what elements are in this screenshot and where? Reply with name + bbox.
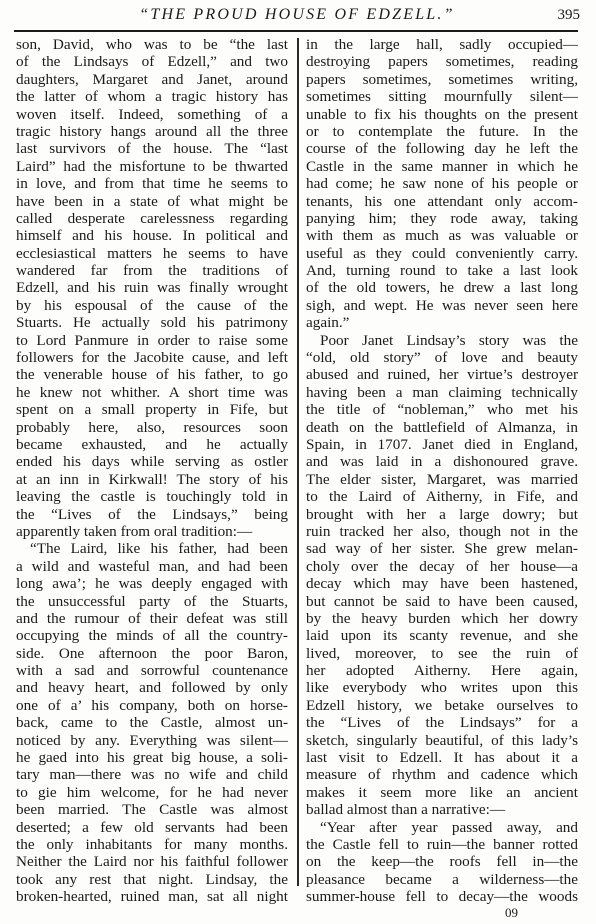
text-line: And, turning round to take a last look xyxy=(306,262,578,279)
text-line: pleasance became a wilderness—the xyxy=(306,871,578,888)
text-line: sketch, singularly beautiful, of this la… xyxy=(306,732,578,749)
text-line: last survivors of the house. The “last xyxy=(16,140,288,157)
text-line: himself and his house. In political and xyxy=(16,227,288,244)
text-line: choly over the decay of her house—a xyxy=(306,558,578,575)
text-line: brought with her a large dowry; but xyxy=(306,506,578,523)
text-line: to gie him welcome, for he had never xyxy=(16,784,288,801)
text-line: ended his days while serving as ostler xyxy=(16,453,288,470)
text-line: like everybody who writes upon this xyxy=(306,679,578,696)
text-line: broken-hearted, ruined man, sat all nigh… xyxy=(16,888,288,905)
text-line: in the large hall, sadly occupied— xyxy=(306,36,578,53)
header-rule xyxy=(14,30,578,32)
text-line: ecclesiastical matters he seems to have xyxy=(16,245,288,262)
text-line: sigh, and wept. He was never seen here xyxy=(306,297,578,314)
text-line: sometimes sitting mournfully silent— xyxy=(306,88,578,105)
signature-mark: 09 xyxy=(505,905,518,921)
text-line: abused and ruined, her virtue’s destroye… xyxy=(306,366,578,383)
text-line: death on the battlefield of Almanza, in xyxy=(306,419,578,436)
text-line: woven itself. Indeed, something of a xyxy=(16,106,288,123)
text-line: decay which may have been hastened, xyxy=(306,575,578,592)
text-line: wandered far from the traditions of xyxy=(16,262,288,279)
text-line: Edzell, and his ruin was finally wrought xyxy=(16,279,288,296)
text-line: the Castle fell to ruin—the banner rotte… xyxy=(306,836,578,853)
text-line: having been a man claiming technically xyxy=(306,384,578,401)
text-line: ruin tracked her also, though not in the xyxy=(306,523,578,540)
text-line: The elder sister, Margaret, was married xyxy=(306,471,578,488)
book-page: “THE PROUD HOUSE OF EDZELL.” 395 son, Da… xyxy=(0,0,596,924)
text-line: of the Lindsays of Edzell,” and two xyxy=(16,53,288,70)
running-head: “THE PROUD HOUSE OF EDZELL.” 395 xyxy=(0,6,596,26)
text-line: side. One afternoon the poor Baron, xyxy=(16,645,288,662)
text-line: have been in a state of what might be xyxy=(16,193,288,210)
text-line: daughters, Margaret and Janet, around xyxy=(16,71,288,88)
text-line: Spain, in 1707. Janet died in England, xyxy=(306,436,578,453)
text-line: sad way of her sister. She grew melan- xyxy=(306,540,578,557)
text-line: the “Lives of the Lindsays,” being xyxy=(16,506,288,523)
text-line: with them as much as was valuable or xyxy=(306,227,578,244)
text-line: tragic history hangs around all the thre… xyxy=(16,123,288,140)
text-line: papers sometimes, sometimes writing, xyxy=(306,71,578,88)
text-line: he knew not whither. A short time was xyxy=(16,384,288,401)
text-line: measure of rhythm and cadence which xyxy=(306,766,578,783)
text-line: course of the following day he left the xyxy=(306,140,578,157)
text-line: long awa’; he was deeply engaged with xyxy=(16,575,288,592)
text-line: makes it seem more like an ancient xyxy=(306,784,578,801)
text-line: took any rest that night. Lindsay, the xyxy=(16,871,288,888)
text-line: useful as they could conveniently carry. xyxy=(306,245,578,262)
text-line: son, David, who was to be “the last xyxy=(16,36,288,53)
text-line: summer-house fell to decay—the woods xyxy=(306,888,578,905)
text-line: back, came to the Castle, almost un- xyxy=(16,714,288,731)
text-line: on the keep—the roofs fell in—the xyxy=(306,853,578,870)
text-line: spent on a small property in Fife, but xyxy=(16,401,288,418)
text-line: one of a’ his company, both on horse- xyxy=(16,697,288,714)
text-line: the “Lives of the Lindsays” for a xyxy=(306,714,578,731)
text-line: in love, and from that time he seems to xyxy=(16,175,288,192)
text-line: the title of “nobleman,” who met his xyxy=(306,401,578,418)
right-column: in the large hall, sadly occupied—destro… xyxy=(306,36,578,906)
text-line: became exhausted, and he actually xyxy=(16,436,288,453)
text-line: Stuarts. He actually sold his patrimony xyxy=(16,314,288,331)
text-line: Neither the Laird nor his faithful follo… xyxy=(16,853,288,870)
text-line: “The Laird, like his father, had been xyxy=(16,540,288,557)
text-line: called desperate carelessness regarding xyxy=(16,210,288,227)
text-line: destroying papers sometimes, reading xyxy=(306,53,578,70)
text-line: he gaed into his great big house, a soli… xyxy=(16,749,288,766)
column-divider xyxy=(297,38,299,886)
text-line: by the heavy burden which her dowry xyxy=(306,610,578,627)
text-line: laid upon its scanty revenue, and she xyxy=(306,627,578,644)
text-line: by his espousal of the cause of the xyxy=(16,297,288,314)
text-line: a wild and wasteful man, and had been xyxy=(16,558,288,575)
text-line: again.” xyxy=(306,314,578,331)
text-line: Laird” had the misfortune to be thwarted xyxy=(16,158,288,175)
text-line: “Year after year passed away, and xyxy=(306,819,578,836)
text-line: lived, moreover, to see the ruin of xyxy=(306,645,578,662)
text-line: last visit to Edzell. It has about it a xyxy=(306,749,578,766)
text-line: “old, old story” of love and beauty xyxy=(306,349,578,366)
text-line: the unsuccessful party of the Stuarts, xyxy=(16,593,288,610)
text-line: deserted; a few old servants had been xyxy=(16,819,288,836)
text-line: unable to fix his thoughts on the presen… xyxy=(306,106,578,123)
page-number: 395 xyxy=(558,7,581,24)
text-line: the only inhabitants for many months. xyxy=(16,836,288,853)
text-line: apparently taken from oral tradition:— xyxy=(16,523,288,540)
left-column: son, David, who was to be “the lastof th… xyxy=(16,36,288,906)
text-line: Castle in the same manner in which he xyxy=(306,158,578,175)
text-line: tary man—there was no wife and child xyxy=(16,766,288,783)
text-line: to the Laird of Aitherny, in Fife, and xyxy=(306,488,578,505)
text-line: occupying the minds of all the country- xyxy=(16,627,288,644)
text-line: but cannot be said to have been caused, xyxy=(306,593,578,610)
text-line: her adopted Aitherny. Here again, xyxy=(306,662,578,679)
text-line: Poor Janet Lindsay’s story was the xyxy=(306,332,578,349)
text-line: panying him; they rode away, taking xyxy=(306,210,578,227)
text-line: or to contemplate the future. In the xyxy=(306,123,578,140)
text-line: been married. The Castle was almost xyxy=(16,801,288,818)
text-line: noticed by any. Everything was silent— xyxy=(16,732,288,749)
text-line: and was laid in a dishonoured grave. xyxy=(306,453,578,470)
text-line: the venerable house of his father, to go xyxy=(16,366,288,383)
running-title: “THE PROUD HOUSE OF EDZELL.” xyxy=(112,6,482,24)
text-line: and heavy heart, and followed by only xyxy=(16,679,288,696)
text-line: had come; he saw none of his people or xyxy=(306,175,578,192)
text-line: and the rumour of their defeat was still xyxy=(16,610,288,627)
text-line: tenants, his one attendant only accom- xyxy=(306,193,578,210)
text-line: probably here, also, resources soon xyxy=(16,419,288,436)
text-line: of the old towers, he drew a last long xyxy=(306,279,578,296)
text-line: ballad almost than a narrative:— xyxy=(306,801,578,818)
text-line: leaving the castle is touchingly told in xyxy=(16,488,288,505)
text-line: to Lord Panmure in order to raise some xyxy=(16,332,288,349)
text-line: followers for the Jacobite cause, and le… xyxy=(16,349,288,366)
text-line: the latter of whom a tragic history has xyxy=(16,88,288,105)
text-line: with a sad and sorrowful countenance xyxy=(16,662,288,679)
text-line: at an inn in Kirkwall! The story of his xyxy=(16,471,288,488)
text-line: Edzell history, we betake ourselves to xyxy=(306,697,578,714)
